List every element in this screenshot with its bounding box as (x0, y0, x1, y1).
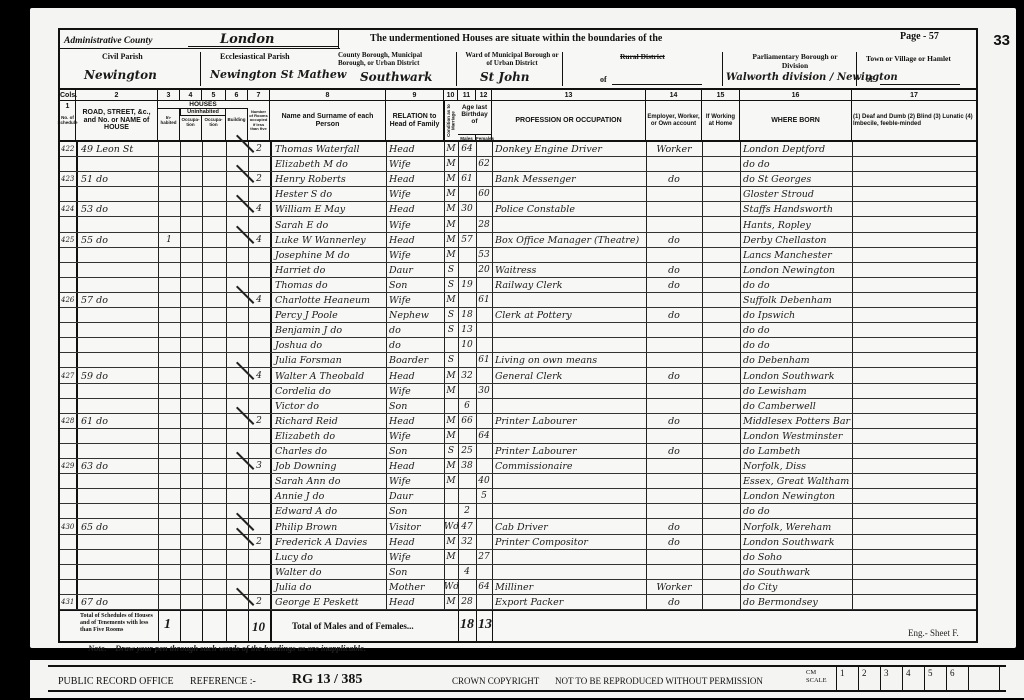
rooms-count (248, 550, 270, 564)
female-age: 64 (476, 580, 492, 594)
table-row: Benjamin J dodoS13do do (60, 323, 976, 338)
marital-condition: M (444, 202, 458, 216)
inhabited-count (158, 504, 180, 518)
table-row: Hester S doWifeM60Gloster Stroud (60, 187, 976, 202)
inhabited-count (158, 323, 180, 337)
reference-label: REFERENCE :- (190, 676, 256, 687)
admin-county-value: London (220, 32, 274, 47)
schedule-number (60, 399, 76, 413)
occupation (492, 187, 646, 201)
relation: Head (386, 459, 444, 473)
schedule-number (60, 550, 76, 564)
person-name: Elizabeth do (272, 429, 386, 443)
relation: Head (386, 414, 444, 428)
ward-label: Ward of Municipal Borough or of Urban Di… (462, 51, 562, 67)
male-age: 32 (458, 535, 476, 549)
marital-condition: M (444, 157, 458, 171)
relation: Wife (386, 293, 444, 307)
person-name: Richard Reid (272, 414, 386, 428)
birthplace: do do (740, 338, 852, 352)
employment-status (646, 429, 702, 443)
birthplace: London Newington (740, 263, 852, 277)
table-row: 42861 do2Richard ReidHeadM66Printer Labo… (60, 414, 976, 429)
inhabited-count (158, 550, 180, 564)
female-age: 28 (476, 218, 492, 232)
employment-status: do (646, 520, 702, 534)
marital-condition (444, 504, 458, 518)
relation: Head (386, 369, 444, 383)
employment-status: do (646, 444, 702, 458)
schedule-number (60, 323, 76, 337)
table-row: Harriet doDaurS20WaitressdoLondon Newing… (60, 263, 976, 278)
birthplace: do do (740, 504, 852, 518)
schedule-number (60, 429, 76, 443)
male-age: 28 (458, 595, 476, 609)
table-row: 42963 do3Job DowningHeadM38Commissionair… (60, 459, 976, 474)
table-row: 43065 doPhilip BrownVisitorWdr47Cab Driv… (60, 520, 976, 535)
birthplace: Derby Chellaston (740, 233, 852, 247)
schedule-number (60, 278, 76, 292)
female-age: 64 (476, 429, 492, 443)
occupation: Cab Driver (492, 520, 646, 534)
marital-condition: M (444, 595, 458, 609)
employment-status (646, 384, 702, 398)
occupation: Living on own means (492, 353, 646, 367)
schedule-number: 430 (60, 520, 76, 534)
relation: Wife (386, 248, 444, 262)
birthplace: do St Georges (740, 172, 852, 186)
inhabited-count (158, 535, 180, 549)
occupation (492, 504, 646, 518)
female-age (476, 278, 492, 292)
inhabited-count (158, 202, 180, 216)
inhabited-count (158, 142, 180, 156)
female-age (476, 142, 492, 156)
employment-status: Worker (646, 580, 702, 594)
person-name: Victor do (272, 399, 386, 413)
male-age (458, 489, 476, 503)
rooms-count (248, 565, 270, 579)
rooms-count (248, 444, 270, 458)
rooms-count (248, 278, 270, 292)
person-name: Benjamin J do (272, 323, 386, 337)
marital-condition: M (444, 459, 458, 473)
road-address: 57 do (78, 293, 158, 307)
occupation: Clerk at Pottery (492, 308, 646, 322)
marital-condition: S (444, 353, 458, 367)
table-row: 42249 Leon St2Thomas WaterfallHeadM64Don… (60, 142, 976, 157)
person-name: Lucy do (272, 550, 386, 564)
person-name: Walter A Theobald (272, 369, 386, 383)
occupation (492, 338, 646, 352)
male-age: 66 (458, 414, 476, 428)
person-name: Charlotte Heaneum (272, 293, 386, 307)
houses-total-value: 1 (164, 617, 171, 633)
occupation: Bank Messenger (492, 172, 646, 186)
table-row: Victor doSon6do Camberwell (60, 399, 976, 414)
road-address: 49 Leon St (78, 142, 158, 156)
col-rooms: Number of Rooms occupied if less than fi… (248, 101, 270, 140)
schedule-number (60, 580, 76, 594)
occupation (492, 218, 646, 232)
relation: Son (386, 278, 444, 292)
female-age (476, 444, 492, 458)
employment-status (646, 338, 702, 352)
marital-condition (444, 338, 458, 352)
person-name: Sarah E do (272, 218, 386, 232)
person-name: Thomas do (272, 278, 386, 292)
table-row: Sarah E doWifeM28Hants, Ropley (60, 218, 976, 233)
person-name: Thomas Waterfall (272, 142, 386, 156)
rural-district-label: Rural District (620, 52, 665, 61)
occupation: Police Constable (492, 202, 646, 216)
relation: Wife (386, 157, 444, 171)
occupation: Box Office Manager (Theatre) (492, 233, 646, 247)
person-name: Henry Roberts (272, 172, 386, 186)
rooms-count (248, 157, 270, 171)
road-address (78, 248, 158, 262)
employment-status (646, 218, 702, 232)
schedule-number (60, 353, 76, 367)
schedule-number: 426 (60, 293, 76, 307)
road-address: 65 do (78, 520, 158, 534)
houses-total-label: Total of Schedules of Houses and of Tene… (80, 613, 156, 634)
rooms-count (248, 338, 270, 352)
male-age (458, 353, 476, 367)
marital-condition: M (444, 233, 458, 247)
male-age: 38 (458, 459, 476, 473)
inhabited-count (158, 429, 180, 443)
marital-condition: M (444, 218, 458, 232)
inhabited-count (158, 399, 180, 413)
male-age: 30 (458, 202, 476, 216)
inhabited-count (158, 157, 180, 171)
schedule-number (60, 504, 76, 518)
male-age: 25 (458, 444, 476, 458)
birthplace: Norfolk, Wereham (740, 520, 852, 534)
marital-condition: M (444, 293, 458, 307)
inhabited-count (158, 172, 180, 186)
person-name: Hester S do (272, 187, 386, 201)
inhabited-count (158, 520, 180, 534)
female-age (476, 520, 492, 534)
table-row: 42657 do4Charlotte HeaneumWifeM61Suffolk… (60, 293, 976, 308)
road-address: 53 do (78, 202, 158, 216)
person-name: Walter do (272, 565, 386, 579)
occupation (492, 429, 646, 443)
col-occupation: PROFESSION OR OCCUPATION (492, 101, 646, 140)
marital-condition: M (444, 535, 458, 549)
relation: Mother (386, 580, 444, 594)
relation: Head (386, 142, 444, 156)
females-label: Females (476, 134, 492, 142)
road-address: 61 do (78, 414, 158, 428)
reference-number: RG 13 / 385 (292, 672, 362, 688)
schedule-number (60, 338, 76, 352)
uninhabited-group-label: Uninhabited (180, 109, 226, 116)
male-age: 32 (458, 369, 476, 383)
female-age (476, 308, 492, 322)
male-age: 61 (458, 172, 476, 186)
table-row: Charles doSonS25Printer Labourerdodo Lam… (60, 444, 976, 459)
female-age (476, 323, 492, 337)
table-row: 42351 do2Henry RobertsHeadM61Bank Messen… (60, 172, 976, 187)
marital-condition: S (444, 308, 458, 322)
occupation: Waitress (492, 263, 646, 277)
inhabited-count (158, 353, 180, 367)
road-address (78, 535, 158, 549)
table-row: Sarah Ann doWifeM40Essex, Great Waltham (60, 474, 976, 489)
birthplace: do City (740, 580, 852, 594)
male-age: 10 (458, 338, 476, 352)
houses-group-label: HOUSES (158, 101, 248, 109)
male-age (458, 263, 476, 277)
occupation (492, 550, 646, 564)
col-name: Name and Surname of each Person (270, 101, 386, 140)
table-row: Cordelia doWifeM30do Lewisham (60, 384, 976, 399)
relation: Nephew (386, 308, 444, 322)
schedule-number (60, 263, 76, 277)
rooms-count (248, 308, 270, 322)
page-label: Page - 57 (900, 31, 939, 42)
inhabited-count (158, 384, 180, 398)
schedule-number (60, 535, 76, 549)
employment-status: do (646, 535, 702, 549)
occupation: Printer Labourer (492, 414, 646, 428)
male-age: 13 (458, 323, 476, 337)
birthplace: do Southwark (740, 565, 852, 579)
col-infirmity: (1) Deaf and Dumb (2) Blind (3) Lunatic … (852, 101, 976, 140)
birthplace: London Southwark (740, 369, 852, 383)
inhabited-count (158, 414, 180, 428)
table-row: 43167 do2George E PeskettHeadM28Export P… (60, 595, 976, 610)
marital-condition: M (444, 550, 458, 564)
rooms-count (248, 187, 270, 201)
road-address (78, 308, 158, 322)
schedule-number (60, 157, 76, 171)
female-age (476, 565, 492, 579)
civil-parish-value: Newington (84, 68, 157, 82)
eccl-parish-value: Newington St Mathew (210, 68, 346, 81)
relation: Head (386, 202, 444, 216)
marital-condition: M (444, 384, 458, 398)
inhabited-count (158, 595, 180, 609)
marital-condition: M (444, 248, 458, 262)
employment-status (646, 474, 702, 488)
birthplace: London Westminster (740, 429, 852, 443)
person-name: Josephine M do (272, 248, 386, 262)
county-borough-value: Southwark (360, 70, 432, 84)
marital-condition: M (444, 474, 458, 488)
road-address (78, 218, 158, 232)
admin-county-label: Administrative County (64, 36, 152, 46)
female-age (476, 414, 492, 428)
female-age (476, 504, 492, 518)
occupation: Printer Compositor (492, 535, 646, 549)
road-address: 63 do (78, 459, 158, 473)
rooms-count (248, 218, 270, 232)
schedule-number (60, 489, 76, 503)
female-age: 30 (476, 384, 492, 398)
male-age: 18 (458, 308, 476, 322)
relation: Wife (386, 384, 444, 398)
public-record-office: PUBLIC RECORD OFFICE (58, 676, 174, 687)
civil-parish-label: Civil Parish (102, 52, 143, 61)
marital-condition: Wd (444, 580, 458, 594)
eccl-parish-label: Ecclesiastical Parish (220, 52, 290, 61)
female-age (476, 202, 492, 216)
road-address (78, 580, 158, 594)
sex-totals-label: Total of Males and of Females... (292, 621, 414, 631)
male-age: 6 (458, 399, 476, 413)
occupation: Printer Labourer (492, 444, 646, 458)
person-name: Job Downing (272, 459, 386, 473)
schedule-number: 422 (60, 142, 76, 156)
person-name: Charles do (272, 444, 386, 458)
employment-status (646, 353, 702, 367)
person-name: George E Peskett (272, 595, 386, 609)
birthplace: London Newington (740, 489, 852, 503)
inhabited-count (158, 459, 180, 473)
occupation: General Clerk (492, 369, 646, 383)
employment-status: do (646, 414, 702, 428)
male-age: 64 (458, 142, 476, 156)
female-age (476, 535, 492, 549)
road-address (78, 384, 158, 398)
crown-copyright: CROWN COPYRIGHT (452, 676, 539, 686)
relation: Wife (386, 474, 444, 488)
header-banner: The undermentioned Houses are situate wi… (370, 33, 662, 44)
table-row: Walter doSon4do Southwark (60, 565, 976, 580)
male-age (458, 248, 476, 262)
relation: Daur (386, 263, 444, 277)
road-address: 55 do (78, 233, 158, 247)
employment-status (646, 399, 702, 413)
column-numbers: Cols. 1 2 3 4 5 6 7 8 9 10 11 12 13 14 1… (60, 90, 976, 101)
male-age: 4 (458, 565, 476, 579)
inhabited-count (158, 565, 180, 579)
birthplace: Norfolk, Diss (740, 459, 852, 473)
rooms-count (248, 323, 270, 337)
marital-condition: S (444, 323, 458, 337)
person-name: Luke W Wannerley (272, 233, 386, 247)
table-row: Elizabeth doWifeM64London Westminster (60, 429, 976, 444)
schedule-number: 423 (60, 172, 76, 186)
table-row: Joshua dodo10do do (60, 338, 976, 353)
person-name: Sarah Ann do (272, 474, 386, 488)
male-age (458, 384, 476, 398)
male-age (458, 187, 476, 201)
relation: Wife (386, 429, 444, 443)
occupation: Milliner (492, 580, 646, 594)
schedule-number (60, 565, 76, 579)
birthplace: do Soho (740, 550, 852, 564)
employment-status: do (646, 278, 702, 292)
marital-condition: Wdr (444, 520, 458, 534)
person-name: Percy J Poole (272, 308, 386, 322)
employment-status (646, 323, 702, 337)
marital-condition (444, 399, 458, 413)
female-age (476, 399, 492, 413)
male-age: 47 (458, 520, 476, 534)
employment-status (646, 459, 702, 473)
schedule-number: 428 (60, 414, 76, 428)
female-age: 61 (476, 293, 492, 307)
occupation: Commissionaire (492, 459, 646, 473)
person-name: Joshua do (272, 338, 386, 352)
birthplace: do do (740, 157, 852, 171)
occupation: Donkey Engine Driver (492, 142, 646, 156)
parliamentary-label: Parliamentary Borough or Division (740, 52, 850, 70)
road-address (78, 353, 158, 367)
col-road: ROAD, STREET, &c., and No. or NAME of HO… (76, 101, 158, 140)
table-row: Annie J doDaur5London Newington (60, 489, 976, 504)
census-entries: 42249 Leon St2Thomas WaterfallHeadM64Don… (60, 142, 976, 610)
inhabited-count (158, 444, 180, 458)
rooms-count (248, 248, 270, 262)
road-address (78, 489, 158, 503)
road-address (78, 157, 158, 171)
marital-condition (444, 565, 458, 579)
col-employer: Employer, Worker, or Own account (646, 101, 702, 140)
col-condition: Condition as to Marriage (444, 101, 458, 140)
rooms-count (248, 489, 270, 503)
road-address (78, 323, 158, 337)
birthplace: do Camberwell (740, 399, 852, 413)
table-row: Julia ForsmanBoarderS61Living on own mea… (60, 353, 976, 368)
relation: Visitor (386, 520, 444, 534)
female-age: 60 (476, 187, 492, 201)
relation: Son (386, 399, 444, 413)
females-total: 13 (478, 617, 492, 633)
males-label: Males (458, 134, 476, 142)
relation: Wife (386, 187, 444, 201)
marital-condition: M (444, 429, 458, 443)
employment-status: do (646, 369, 702, 383)
female-age: 27 (476, 550, 492, 564)
census-form: Administrative County London The underme… (58, 28, 978, 643)
relation: Wife (386, 550, 444, 564)
table-row: 2Frederick A DaviesHeadM32Printer Compos… (60, 535, 976, 550)
male-age: 57 (458, 233, 476, 247)
cm-scale: CM SCALE 1 2 3 4 5 6 (806, 666, 1000, 690)
road-address (78, 444, 158, 458)
male-age (458, 550, 476, 564)
employment-status (646, 293, 702, 307)
schedule-number (60, 218, 76, 232)
marital-condition: M (444, 369, 458, 383)
inhabited-count (158, 248, 180, 262)
relation: Head (386, 233, 444, 247)
table-row: Percy J PooleNephewS18Clerk at Potterydo… (60, 308, 976, 323)
inhabited-count (158, 489, 180, 503)
road-address (78, 429, 158, 443)
col-home: If Working at Home (702, 101, 740, 140)
employment-status (646, 187, 702, 201)
female-age: 20 (476, 263, 492, 277)
female-age (476, 459, 492, 473)
form-note: Note.—Draw your pen through such words o… (88, 643, 366, 653)
males-total: 18 (460, 617, 474, 633)
occupation (492, 489, 646, 503)
employment-status (646, 504, 702, 518)
birthplace: do Lambeth (740, 444, 852, 458)
rooms-count (248, 474, 270, 488)
person-name: Julia Forsman (272, 353, 386, 367)
male-age (458, 429, 476, 443)
birthplace: Hants, Ropley (740, 218, 852, 232)
schedule-number (60, 384, 76, 398)
